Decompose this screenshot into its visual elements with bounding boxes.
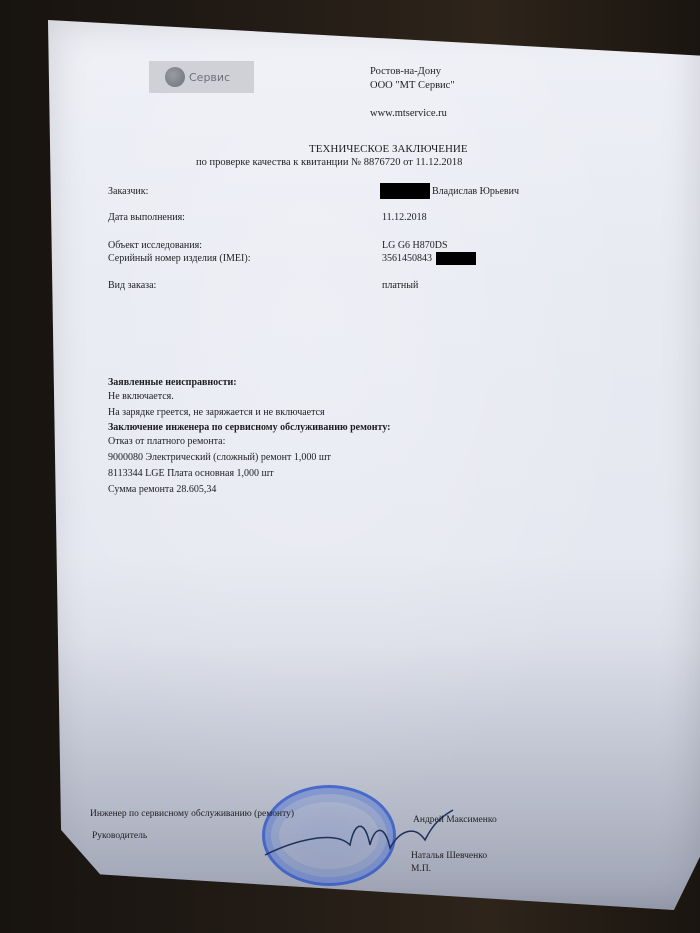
repair-item: 9000080 Электрический (сложный) ремонт 1… (108, 452, 331, 463)
fault-item: Не включается. (108, 391, 174, 402)
fault-item: На зарядке греется, не заряжается и не в… (108, 407, 325, 418)
document-title: ТЕХНИЧЕСКОЕ ЗАКЛЮЧЕНИЕ (309, 143, 468, 155)
field-label-order-type: Вид заказа: (108, 280, 156, 291)
manager-role: Руководитель (92, 831, 147, 841)
field-value-customer: Владислав Юрьевич (432, 186, 519, 197)
manager-name: Наталья Шевченко (411, 851, 487, 861)
redaction-customer-surname (380, 183, 430, 199)
faults-heading: Заявленные неисправности: (108, 377, 237, 388)
document-subtitle: по проверке качества к квитанции № 88767… (196, 157, 462, 168)
conclusion-heading: Заключение инженера по сервисному обслуж… (108, 422, 391, 433)
header-website: www.mtservice.ru (370, 108, 447, 119)
logo-text: Сервис (189, 71, 230, 84)
engineer-name: Андрей Максименко (413, 815, 497, 825)
repair-total: Сумма ремонта 28.605,34 (108, 484, 216, 495)
company-logo: Сервис (149, 61, 254, 93)
field-value-object: LG G6 H870DS (382, 240, 448, 251)
repair-item: 8113344 LGE Плата основная 1,000 шт (108, 468, 274, 479)
field-label-imei: Серийный номер изделия (IMEI): (108, 253, 250, 264)
engineer-role: Инженер по сервисному обслуживанию (ремо… (90, 809, 294, 819)
redaction-imei-suffix (436, 252, 476, 265)
field-value-imei: 3561450843 (382, 253, 432, 264)
field-label-customer: Заказчик: (108, 186, 148, 197)
field-label-object: Объект исследования: (108, 240, 202, 251)
field-value-order-type: платный (382, 280, 418, 291)
refusal-text: Отказ от платного ремонта: (108, 436, 225, 447)
stamp-place-label: М.П. (411, 864, 431, 874)
header-company: ООО "МТ Сервис" (370, 80, 455, 91)
header-city: Ростов-на-Дону (370, 66, 441, 77)
field-value-date: 11.12.2018 (382, 212, 427, 223)
field-label-date: Дата выполнения: (108, 212, 185, 223)
logo-globe-icon (165, 67, 185, 87)
